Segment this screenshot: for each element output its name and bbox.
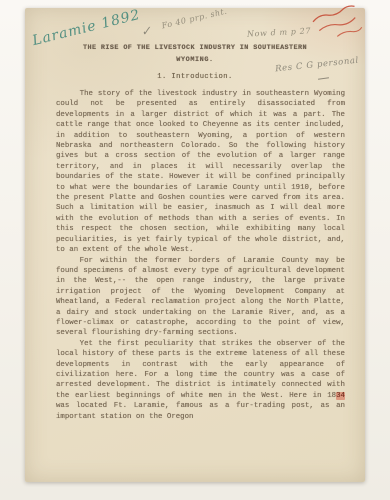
red-marked-year: 34 bbox=[336, 392, 345, 400]
manuscript-page: Laramie 1892 ✓ Fo 40 prp. sht. Now d m p… bbox=[25, 8, 365, 482]
scan-background: Laramie 1892 ✓ Fo 40 prp. sht. Now d m p… bbox=[0, 0, 390, 500]
paragraph-3-text: Yet the first peculiarity that strikes t… bbox=[56, 340, 345, 400]
paragraph-3: Yet the first peculiarity that strikes t… bbox=[56, 339, 345, 422]
body-text: The story of the livestock industry in s… bbox=[56, 89, 345, 422]
pencil-checkmark: ✓ bbox=[140, 23, 152, 39]
paragraph-1: The story of the livestock industry in s… bbox=[56, 89, 345, 256]
paragraph-3-continuation: was located Ft. Laramie, famous as a fur… bbox=[56, 402, 345, 420]
section-heading: 1. Introduction. bbox=[25, 73, 365, 81]
paragraph-2: For within the former borders of Laramie… bbox=[56, 256, 345, 339]
